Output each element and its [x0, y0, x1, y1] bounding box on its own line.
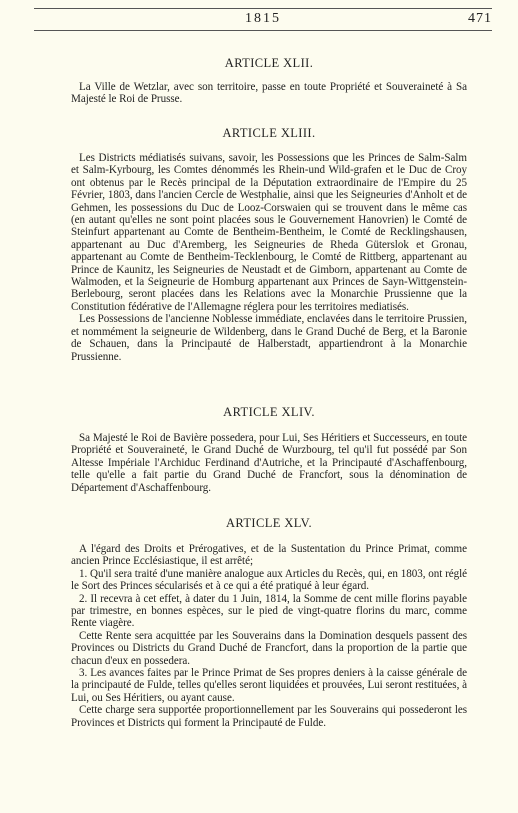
- page-number: 471: [468, 11, 492, 27]
- running-head: 1815 471: [34, 11, 492, 29]
- article-xliv: ARTICLE XLIV. Sa Majesté le Roi de Baviè…: [71, 405, 467, 494]
- article-paragraph: Cette Rente sera acquittée par les Souve…: [71, 630, 467, 667]
- article-paragraph: Les Possessions de l'ancienne Noblesse i…: [71, 313, 467, 363]
- article-paragraph: Cette charge sera supportée proportionne…: [71, 704, 467, 729]
- article-paragraph: A l'égard des Droits et Prérogatives, et…: [71, 543, 467, 568]
- header-bottom-rule: [34, 30, 492, 31]
- article-paragraph: La Ville de Wetzlar, avec son territoire…: [71, 81, 467, 106]
- article-title: ARTICLE XLIV.: [71, 405, 467, 419]
- article-paragraph: Les Districts médiatisés suivans, savoir…: [71, 152, 467, 313]
- article-clause-3: 3. Les avances faites par le Prince Prim…: [71, 667, 467, 704]
- article-paragraph: Sa Majesté le Roi de Bavière possedera, …: [71, 432, 467, 494]
- header-year: 1815: [34, 11, 492, 27]
- article-clause-2: 2. Il recevra à cet effet, à dater du 1 …: [71, 593, 467, 630]
- article-xliii: ARTICLE XLIII. Les Districts médiatisés …: [71, 126, 467, 363]
- header-top-rule: [34, 8, 492, 9]
- article-title: ARTICLE XLV.: [71, 516, 467, 530]
- document-page: 1815 471 ARTICLE XLII. La Ville de Wetzl…: [0, 0, 518, 813]
- article-xlii: ARTICLE XLII. La Ville de Wetzlar, avec …: [71, 56, 467, 106]
- article-title: ARTICLE XLIII.: [71, 126, 467, 140]
- article-clause-1: 1. Qu'il sera traité d'une manière analo…: [71, 568, 467, 593]
- article-title: ARTICLE XLII.: [71, 56, 467, 70]
- article-xlv: ARTICLE XLV. A l'égard des Droits et Pré…: [71, 516, 467, 729]
